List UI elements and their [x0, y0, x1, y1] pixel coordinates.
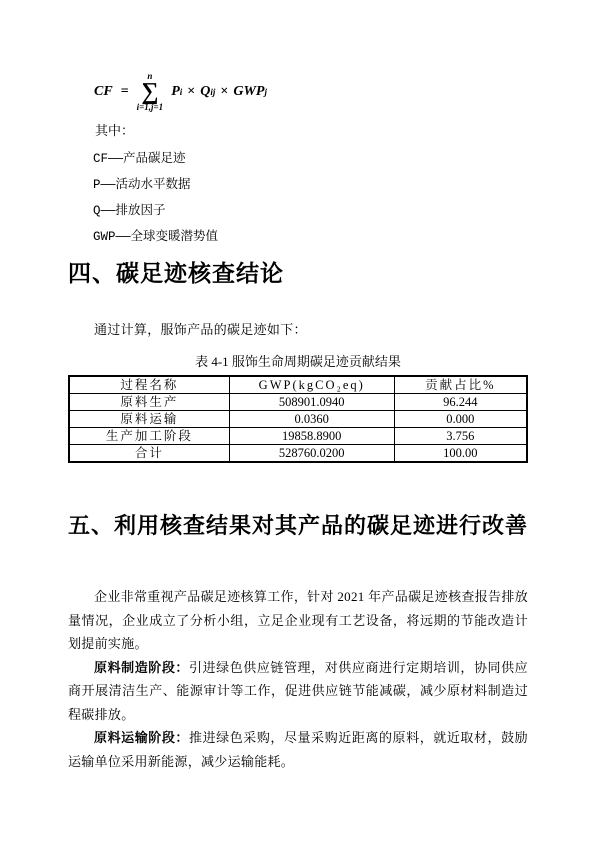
term-gwp: GWP [233, 84, 264, 100]
header-gwp: GWP(kgCO₂eq) [229, 376, 394, 394]
paragraph-3-lead: 原料运输阶段： [94, 730, 189, 745]
table-caption: 表 4-1 服饰生命周期碳足迹贡献结果 [68, 354, 528, 370]
cell-contribution-total: 100.00 [394, 445, 527, 463]
table-header-row: 过程名称 GWP(kgCO₂eq) 贡献占比% [69, 376, 527, 394]
cell-gwp: 0.0360 [229, 411, 394, 428]
cell-contribution: 3.756 [394, 428, 527, 445]
cell-process: 原料运输 [69, 411, 229, 428]
term-q: Q [200, 84, 210, 100]
variable-definitions: CF——产品碳足迹 P——活动水平数据 Q——排放因子 GWP——全球变暖潜势值 [93, 146, 528, 250]
cell-process: 生产加工阶段 [69, 428, 229, 445]
paragraph-2-lead: 原料制造阶段： [94, 660, 189, 675]
cell-process: 原料生产 [69, 394, 229, 411]
section-5-paragraph-3: 原料运输阶段：推进绿色采购，尽量采购近距离的原料，就近取材，鼓励运输单位采用新能… [68, 726, 528, 773]
formula-equals: = [121, 84, 129, 100]
term-q-sub: ij [210, 87, 215, 97]
section-5-paragraph-1: 企业非常重视产品碳足迹核算工作，针对 2021 年产品碳足迹核查报告排放量情况，… [68, 585, 528, 656]
page-content: CF = n ∑ i=1,j=1 Pi × Qij × GWPj 其中： CF—… [0, 70, 596, 773]
table-row: 原料生产 508901.0940 96.244 [69, 394, 527, 411]
table-row: 生产加工阶段 19858.8900 3.756 [69, 428, 527, 445]
carbon-footprint-table: 过程名称 GWP(kgCO₂eq) 贡献占比% 原料生产 508901.0940… [68, 375, 528, 463]
header-process-name: 过程名称 [69, 376, 229, 394]
where-label: 其中： [95, 122, 528, 140]
formula-lhs: CF [94, 84, 113, 100]
cell-contribution: 0.000 [394, 411, 527, 428]
term-p-sub: i [180, 87, 183, 97]
section-4-heading: 四、碳足迹核查结论 [68, 256, 528, 290]
section-4-intro: 通过计算，服饰产品的碳足迹如下： [68, 320, 528, 340]
table-row-total: 合计 528760.0200 100.00 [69, 445, 527, 463]
term-p: P [171, 84, 180, 100]
term-gwp-sub: j [265, 87, 268, 97]
summation-symbol: n ∑ i=1,j=1 [137, 72, 164, 113]
sum-lower-limit: i=1,j=1 [137, 103, 164, 112]
cell-contribution: 96.244 [394, 394, 527, 411]
definition-p: P——活动水平数据 [93, 172, 528, 198]
multiply-sign-1: × [187, 84, 195, 100]
section-5-heading: 五、利用核查结果对其产品的碳足迹进行改善 [68, 509, 528, 543]
cell-gwp: 508901.0940 [229, 394, 394, 411]
sigma-icon: ∑ [141, 81, 158, 104]
header-contribution: 贡献占比% [394, 376, 527, 394]
definition-gwp: GWP——全球变暖潜势值 [93, 224, 528, 250]
definition-q: Q——排放因子 [93, 198, 528, 224]
carbon-footprint-formula: CF = n ∑ i=1,j=1 Pi × Qij × GWPj [94, 70, 528, 114]
cell-gwp: 19858.8900 [229, 428, 394, 445]
definition-cf: CF——产品碳足迹 [93, 146, 528, 172]
multiply-sign-2: × [220, 84, 228, 100]
document-page: CF = n ∑ i=1,j=1 Pi × Qij × GWPj 其中： CF—… [0, 0, 596, 842]
formula-terms: Pi × Qij × GWPj [171, 84, 267, 100]
cell-process-total: 合计 [69, 445, 229, 463]
cell-gwp-total: 528760.0200 [229, 445, 394, 463]
table-row: 原料运输 0.0360 0.000 [69, 411, 527, 428]
section-5-paragraph-2: 原料制造阶段：引进绿色供应链管理，对供应商进行定期培训，协同供应商开展清洁生产、… [68, 656, 528, 727]
